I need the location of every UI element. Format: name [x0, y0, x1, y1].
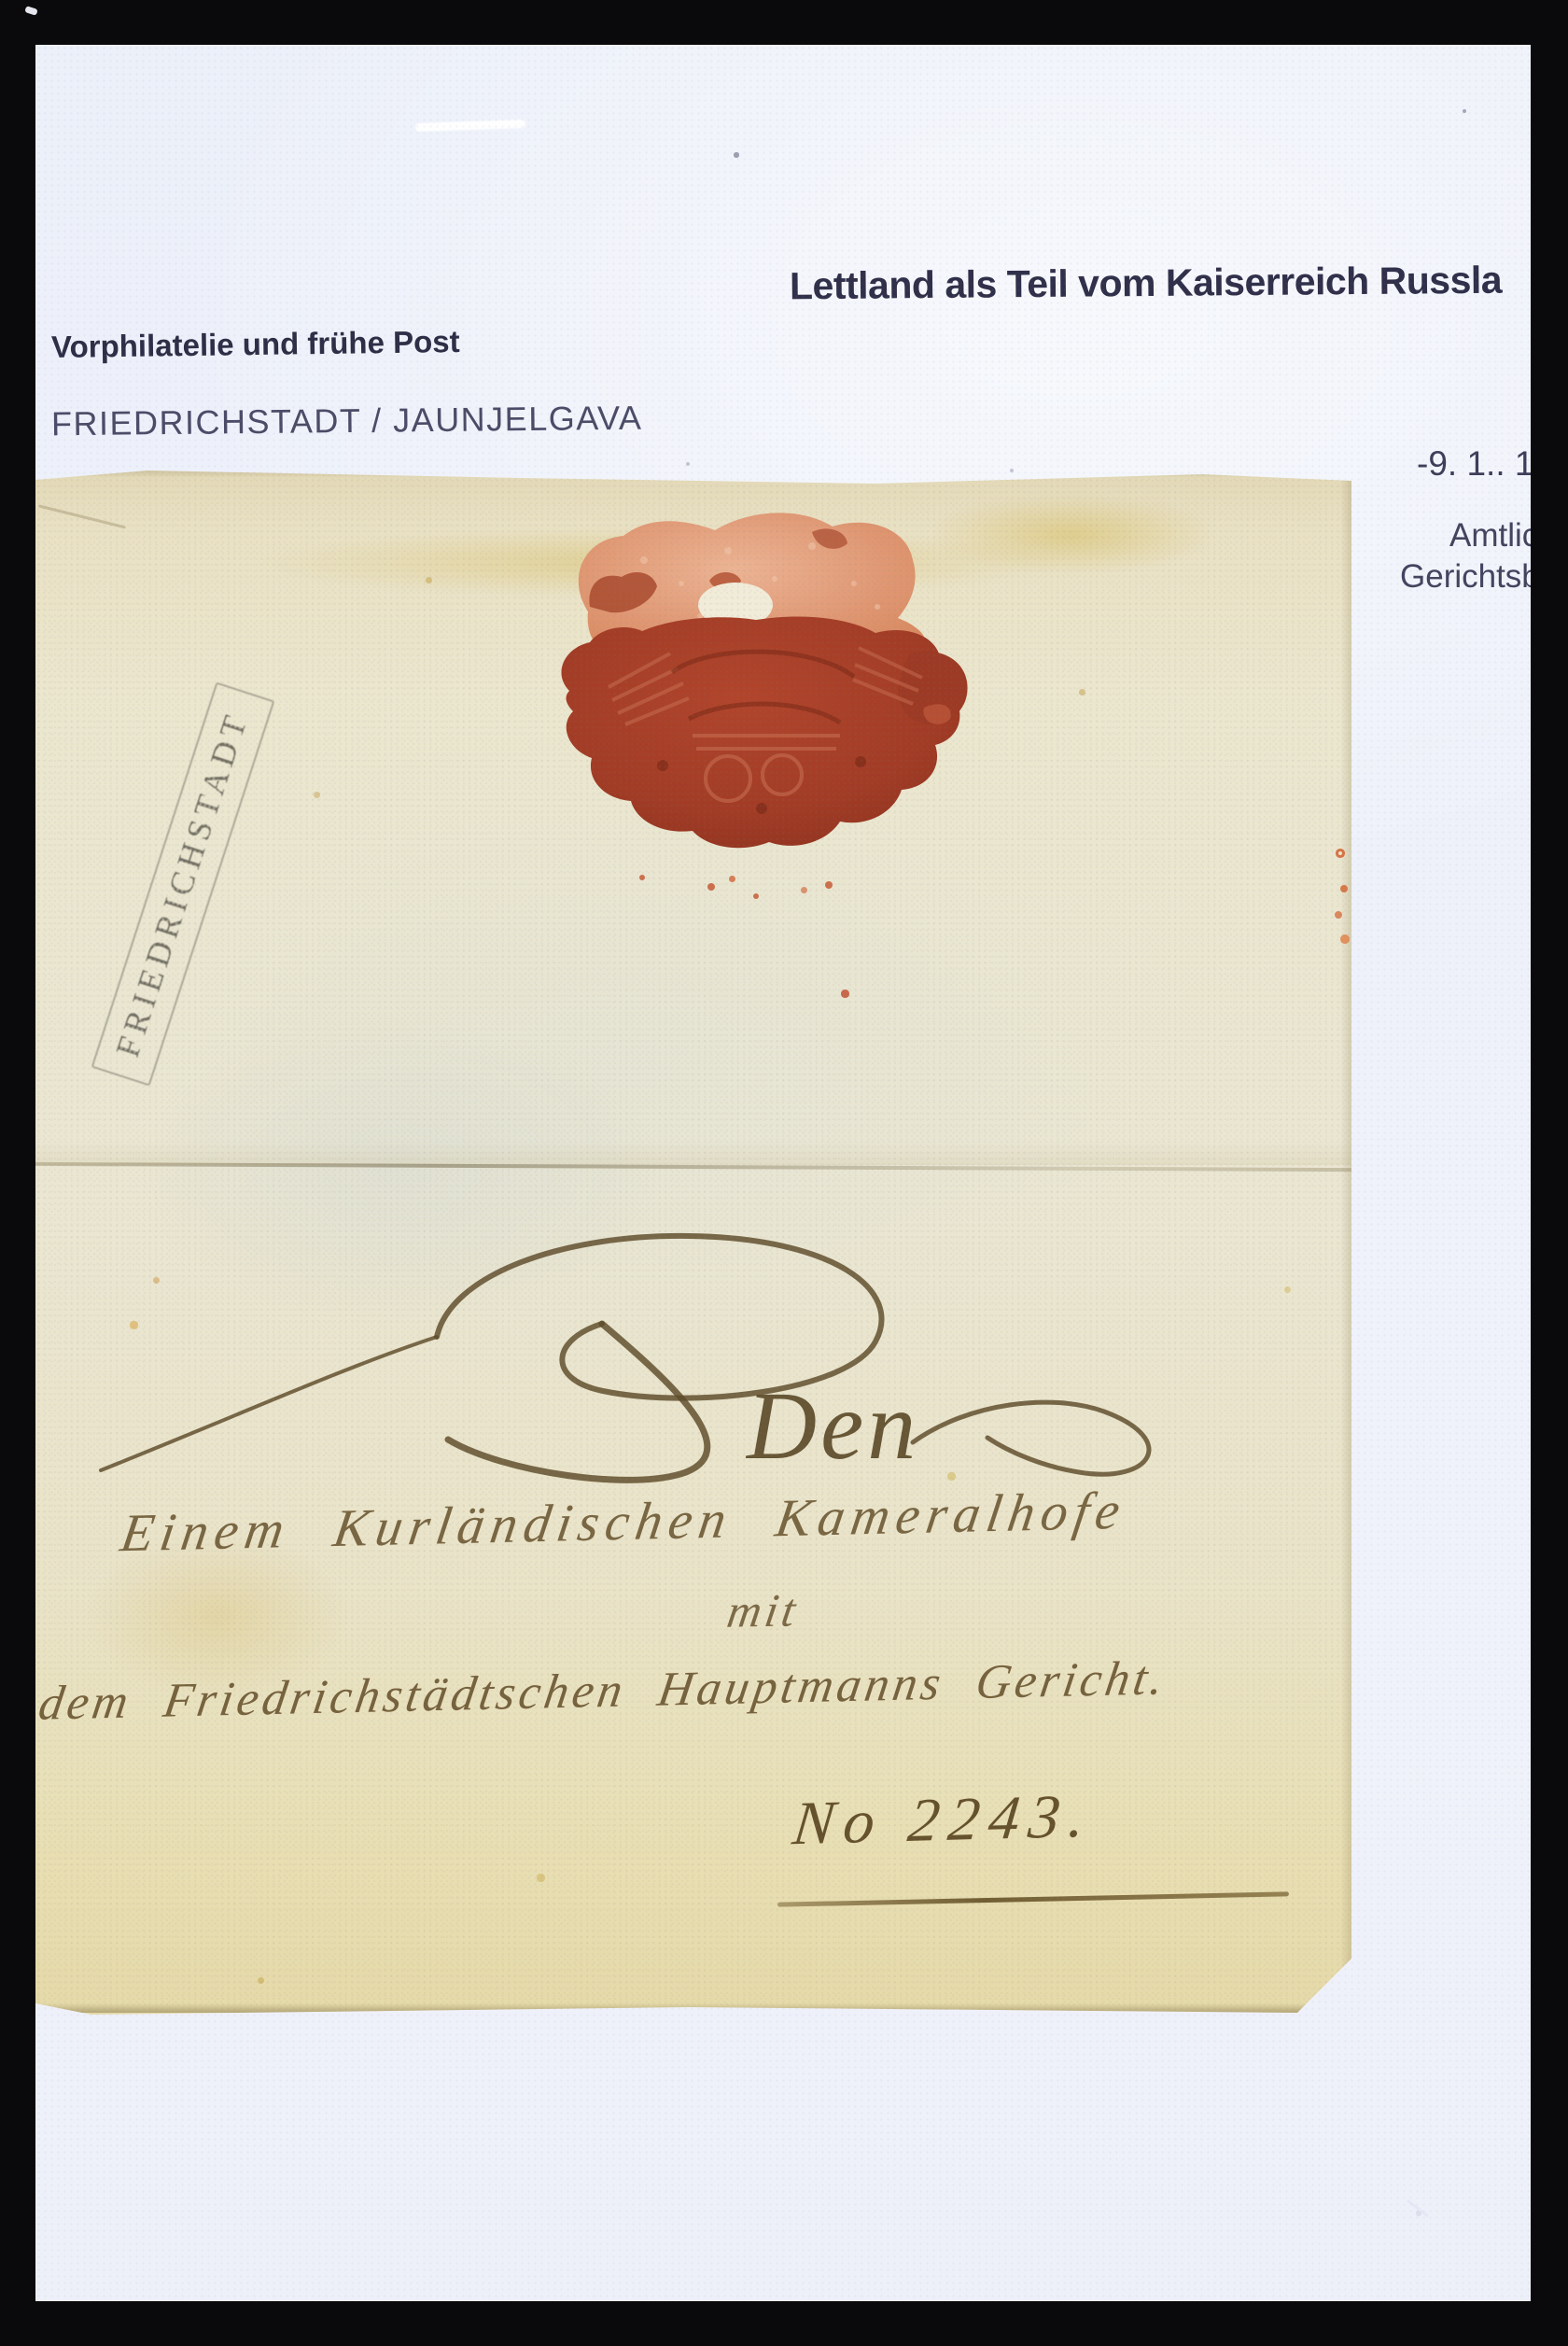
- date-note: -9. 1.. 1: [1417, 444, 1531, 484]
- fold-shadow: [1340, 476, 1351, 1998]
- paper-freckles: [35, 467, 38, 470]
- fold-shadow: [35, 2003, 1351, 2013]
- side-note-line1: Amtlic: [1449, 517, 1531, 555]
- dust-specks: [35, 45, 37, 47]
- den-flourish: Den: [35, 1204, 1286, 1494]
- album-page: Lettland als Teil vom Kaiserreich Russla…: [35, 45, 1531, 2301]
- margin-speck: [24, 6, 38, 16]
- den-text: Den: [745, 1372, 919, 1480]
- series-title: Lettland als Teil vom Kaiserreich Russla: [790, 259, 1502, 309]
- section-heading: Vorphilatelie und frühe Post: [51, 324, 460, 365]
- docket-number: No 2243.: [790, 1781, 1099, 1861]
- side-note-line2: Gerichtsb: [1400, 558, 1531, 596]
- photo-canvas: Lettland als Teil vom Kaiserreich Russla…: [0, 0, 1568, 2346]
- docket-underline: [777, 1891, 1289, 1906]
- white-streak: [415, 119, 525, 132]
- fold-shadow: [35, 1141, 1351, 1165]
- corner-crease: [38, 504, 126, 528]
- fold-shadow: [35, 467, 1351, 478]
- postmark-label: FRIEDRICHSTADT: [108, 706, 256, 1061]
- wax-specks: [1338, 851, 1342, 855]
- letter-sheet: FRIEDRICHSTADT: [35, 467, 1351, 2018]
- handwriting-line-2: mit: [723, 1582, 803, 1637]
- place-heading: FRIEDRICHSTADT / JAUNJELGAVA: [51, 399, 643, 444]
- page-scratch: [1407, 2199, 1429, 2218]
- postmark-stamp: FRIEDRICHSTADT: [91, 681, 275, 1086]
- wax-seal: [532, 495, 999, 906]
